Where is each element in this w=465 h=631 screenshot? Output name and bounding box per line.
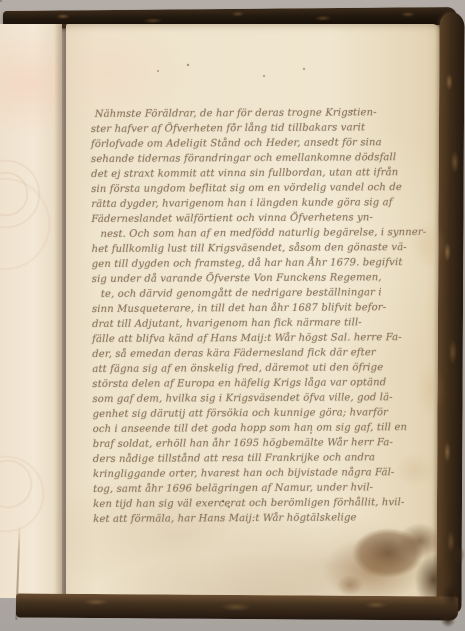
scanner-background: Nähmste Föräldrar, de har för deras trog… [0,0,465,631]
manuscript-line: ken tijd han sig väl exercerat och beröm… [93,495,419,512]
book-bottom-page-edges [16,593,458,620]
book-right-cover-edge [436,12,464,612]
manuscript-line: Nähmste Föräldrar, de har för deras trog… [91,105,417,122]
previous-page-edge [0,24,62,598]
manuscript-page: Nähmste Föräldrar, de har för deras trog… [66,24,441,605]
manuscript-text-block: Nähmste Föräldrar, de har för deras trog… [91,105,420,527]
manuscript-line: ket att förmäla, har Hans Maij:t Wår hög… [93,510,419,527]
foxing-spots [0,0,2,2]
manuscript-line: sinn Musqueterare, in till det han åhr 1… [92,300,418,317]
watermark-circles [0,24,62,598]
